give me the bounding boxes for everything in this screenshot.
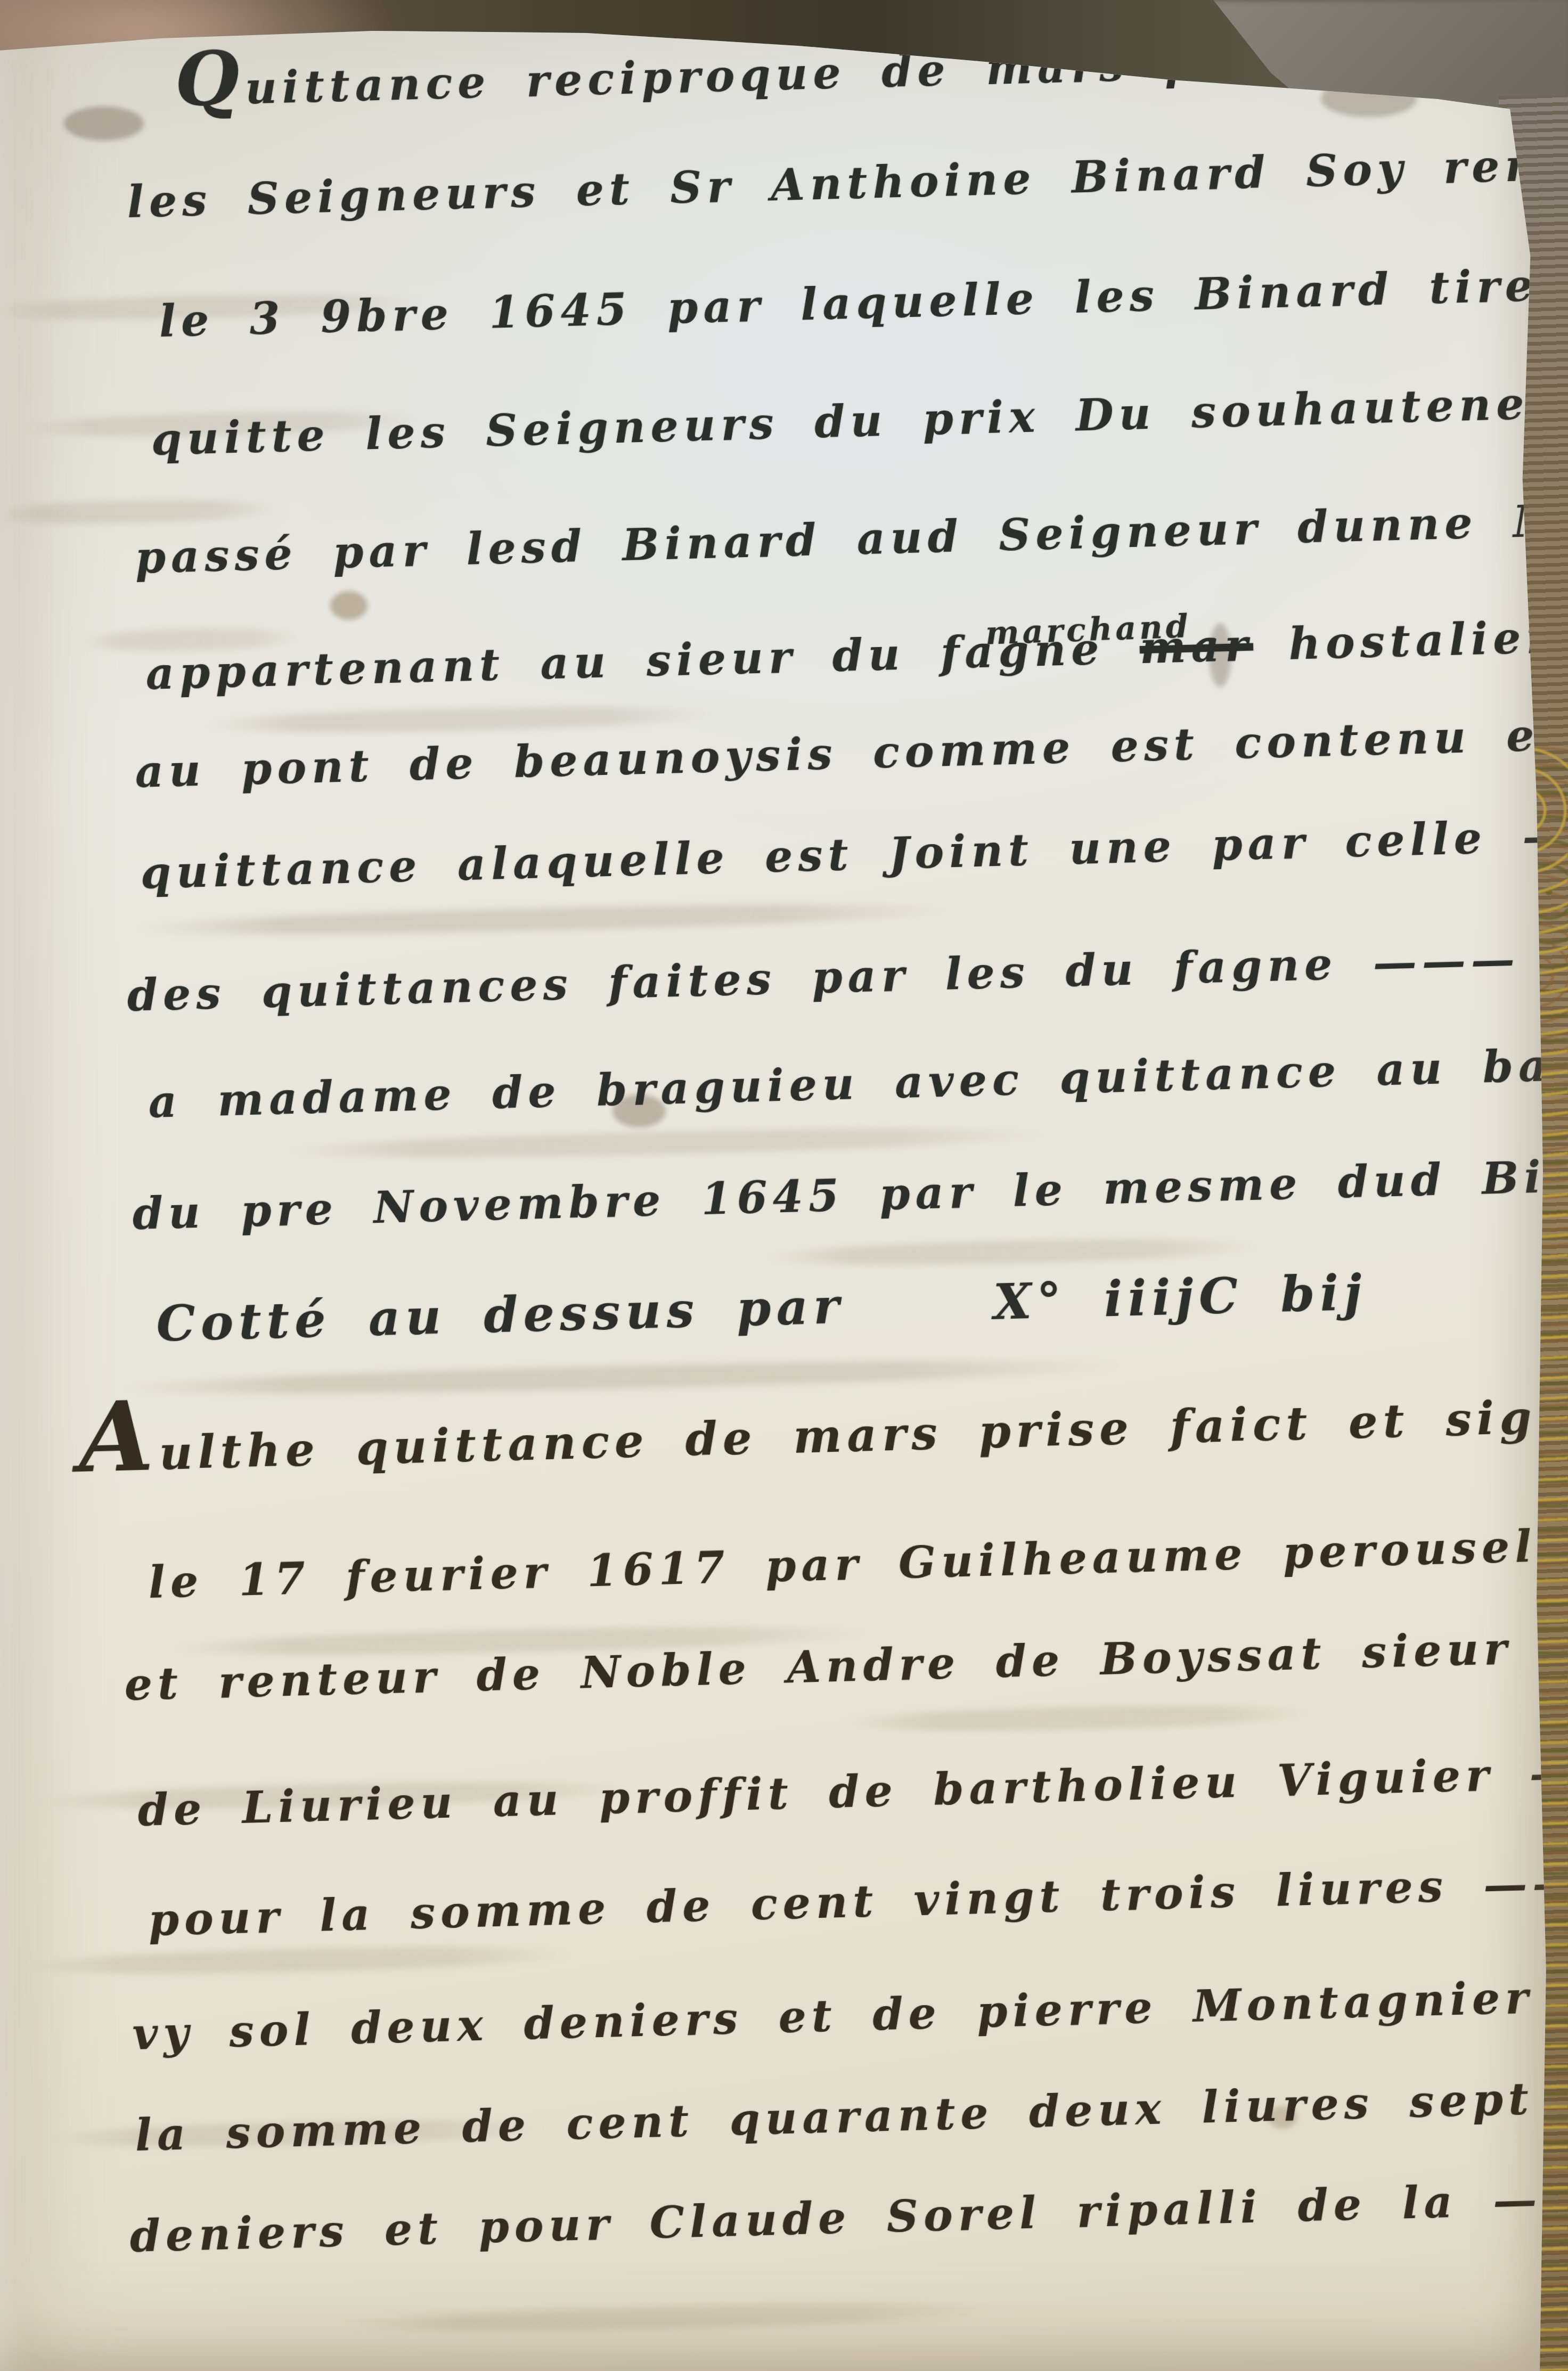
- manuscript-line: deniers et pour Claude Sorel ripalli de …: [129, 2172, 1568, 2262]
- manuscript-page: Quittance reciproque de mars prise faute…: [0, 0, 1568, 2371]
- bleed-through-smear: [762, 1235, 1263, 1269]
- manuscript-line: du pre Novembre 1645 par le mesme dud Bi…: [132, 1143, 1568, 1240]
- ink-stain: [64, 107, 144, 141]
- bleed-through-smear: [0, 497, 282, 527]
- manuscript-line: a madame de braguieu avec quittance au b…: [148, 1036, 1568, 1128]
- manuscript-line: le 17 feurier 1617 par Guilheaume perous…: [148, 1511, 1568, 1608]
- manuscript-line: des quittances faites par les du fagne —…: [126, 934, 1520, 1021]
- manuscript-photo: Quittance reciproque de mars prise faute…: [0, 0, 1568, 2371]
- manuscript-line: le 3 9bre 1645 par laquelle les Binard t…: [158, 254, 1568, 347]
- bleed-through-smear: [842, 1702, 1321, 1735]
- manuscript-line: la somme de cent quarante deux liures se…: [134, 2064, 1568, 2161]
- bleed-through-smear: [202, 702, 725, 737]
- ink-stain: [330, 591, 367, 620]
- manuscript-line: de Liurieu au proffit de bartholieu Vigu…: [137, 1745, 1568, 1836]
- bleed-through-smear: [277, 1123, 1055, 1163]
- bleed-through-smear: [133, 898, 965, 939]
- manuscript-line: vy sol deux deniers et de pierre Montagn…: [132, 1966, 1568, 2060]
- manuscript-line: passé par lesd Binard aud Seigneur dunne…: [134, 491, 1568, 584]
- manuscript-line: quittance alaquelle est Joint une par ce…: [140, 808, 1568, 899]
- manuscript-line: quitte les Seigneurs du prix Du souhaute…: [150, 371, 1568, 465]
- manuscript-line-catalogue-mark: Cotté au dessus par X° iiijC bij: [156, 1264, 1368, 1353]
- bleed-through-smear: [341, 2299, 1002, 2336]
- line-segment: hostalier ———: [1253, 607, 1568, 671]
- interline-insertion: marchand: [985, 608, 1192, 652]
- manuscript-line: pour la somme de cent vingt trois liures…: [148, 1856, 1568, 1946]
- manuscript-line-with-correction: appartenant au sieur du fagne mar hostal…: [145, 607, 1568, 700]
- bleed-through-smear: [21, 1943, 576, 1978]
- manuscript-line: les Seigneurs et Sr Anthoine Binard Soy …: [126, 128, 1568, 228]
